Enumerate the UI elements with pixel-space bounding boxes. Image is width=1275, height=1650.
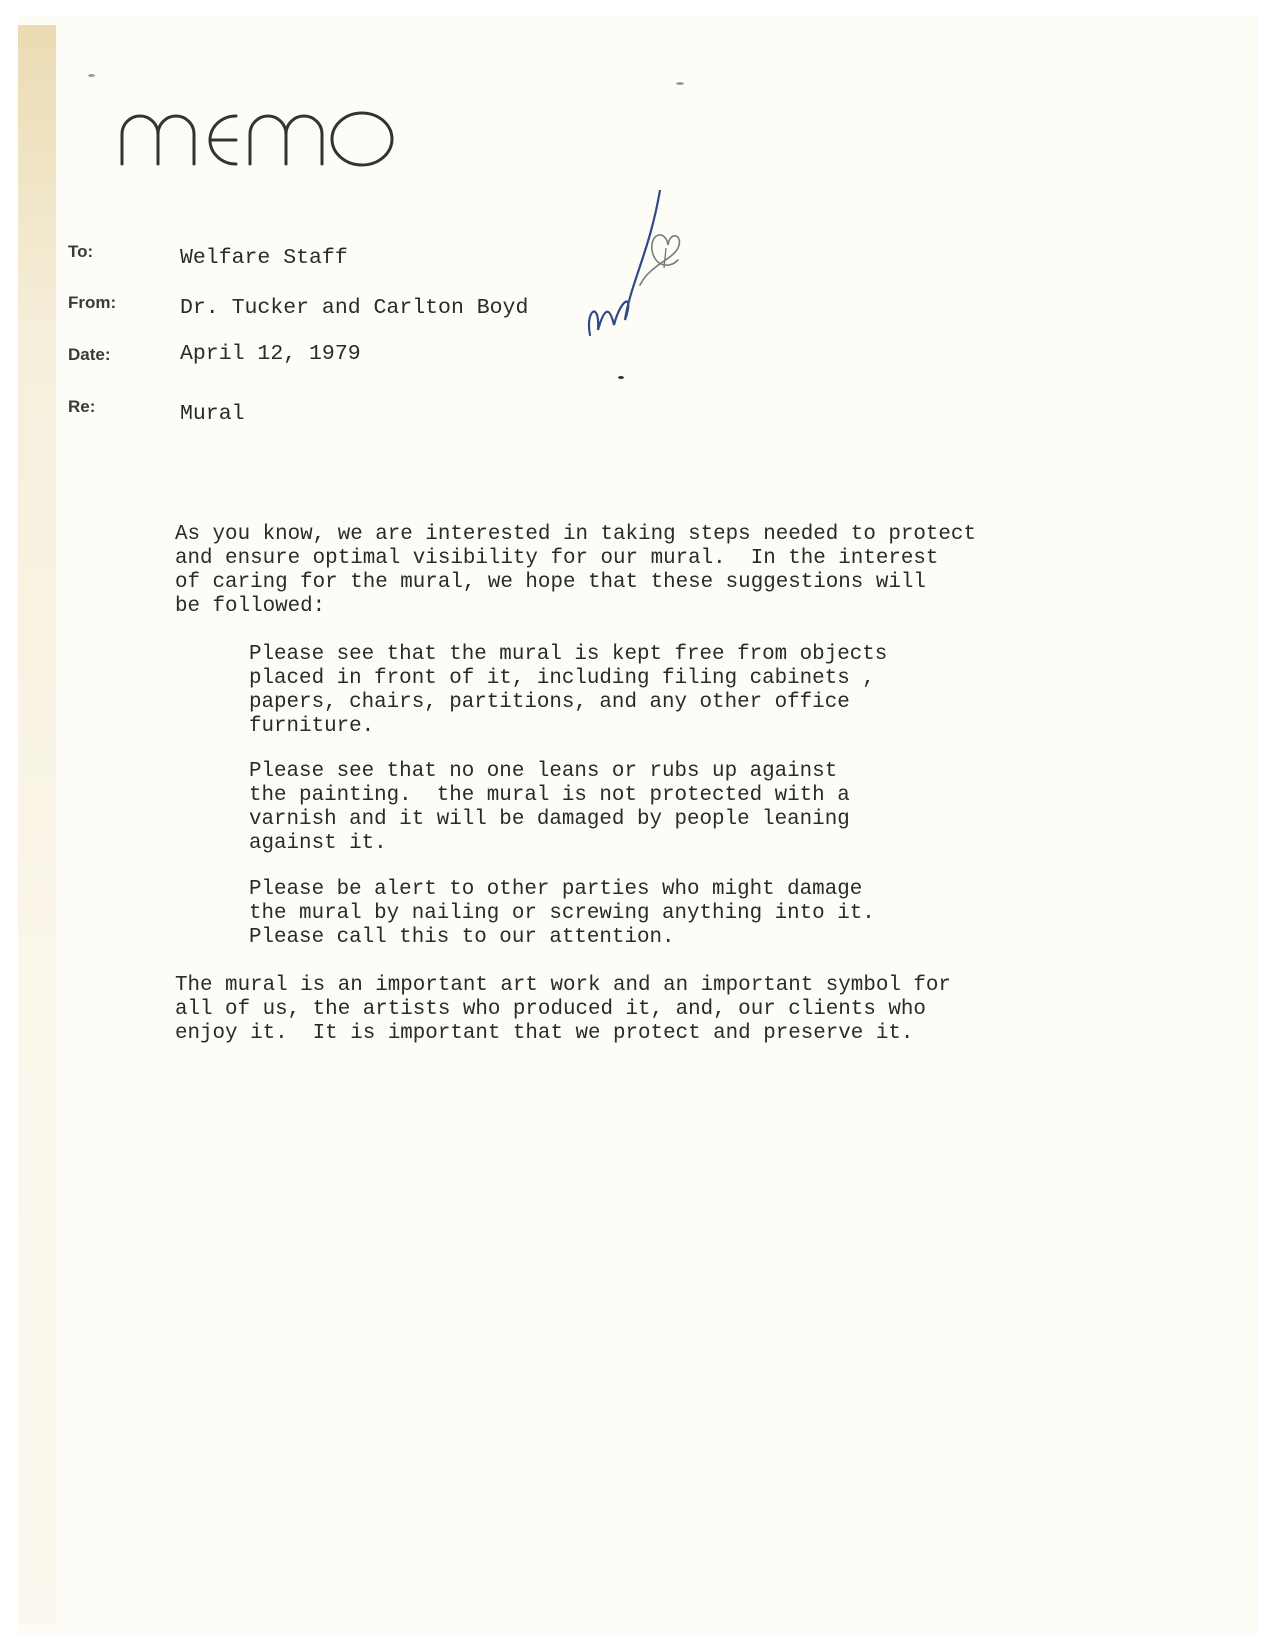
- signature-initials: [580, 190, 710, 340]
- re-label: Re:: [68, 397, 95, 417]
- date-label: Date:: [68, 345, 111, 365]
- closing-paragraph: The mural is an important art work and a…: [175, 973, 951, 1045]
- date-value: April 12, 1979: [180, 342, 361, 366]
- from-value: Dr. Tucker and Carlton Boyd: [180, 296, 528, 320]
- from-label: From:: [68, 293, 116, 313]
- memo-logo: [118, 94, 418, 174]
- to-label: To:: [68, 242, 93, 262]
- paper-speck: [88, 74, 95, 77]
- re-value: Mural: [180, 402, 245, 426]
- ink-mark: [618, 376, 624, 379]
- intro-paragraph: As you know, we are interested in taking…: [175, 522, 976, 618]
- suggestion-3: Please be alert to other parties who mig…: [249, 877, 875, 949]
- paper-stain: [18, 25, 56, 1625]
- suggestion-2: Please see that no one leans or rubs up …: [249, 759, 850, 855]
- paper-speck: [676, 82, 684, 85]
- suggestion-1: Please see that the mural is kept free f…: [249, 642, 887, 738]
- to-value: Welfare Staff: [180, 246, 348, 270]
